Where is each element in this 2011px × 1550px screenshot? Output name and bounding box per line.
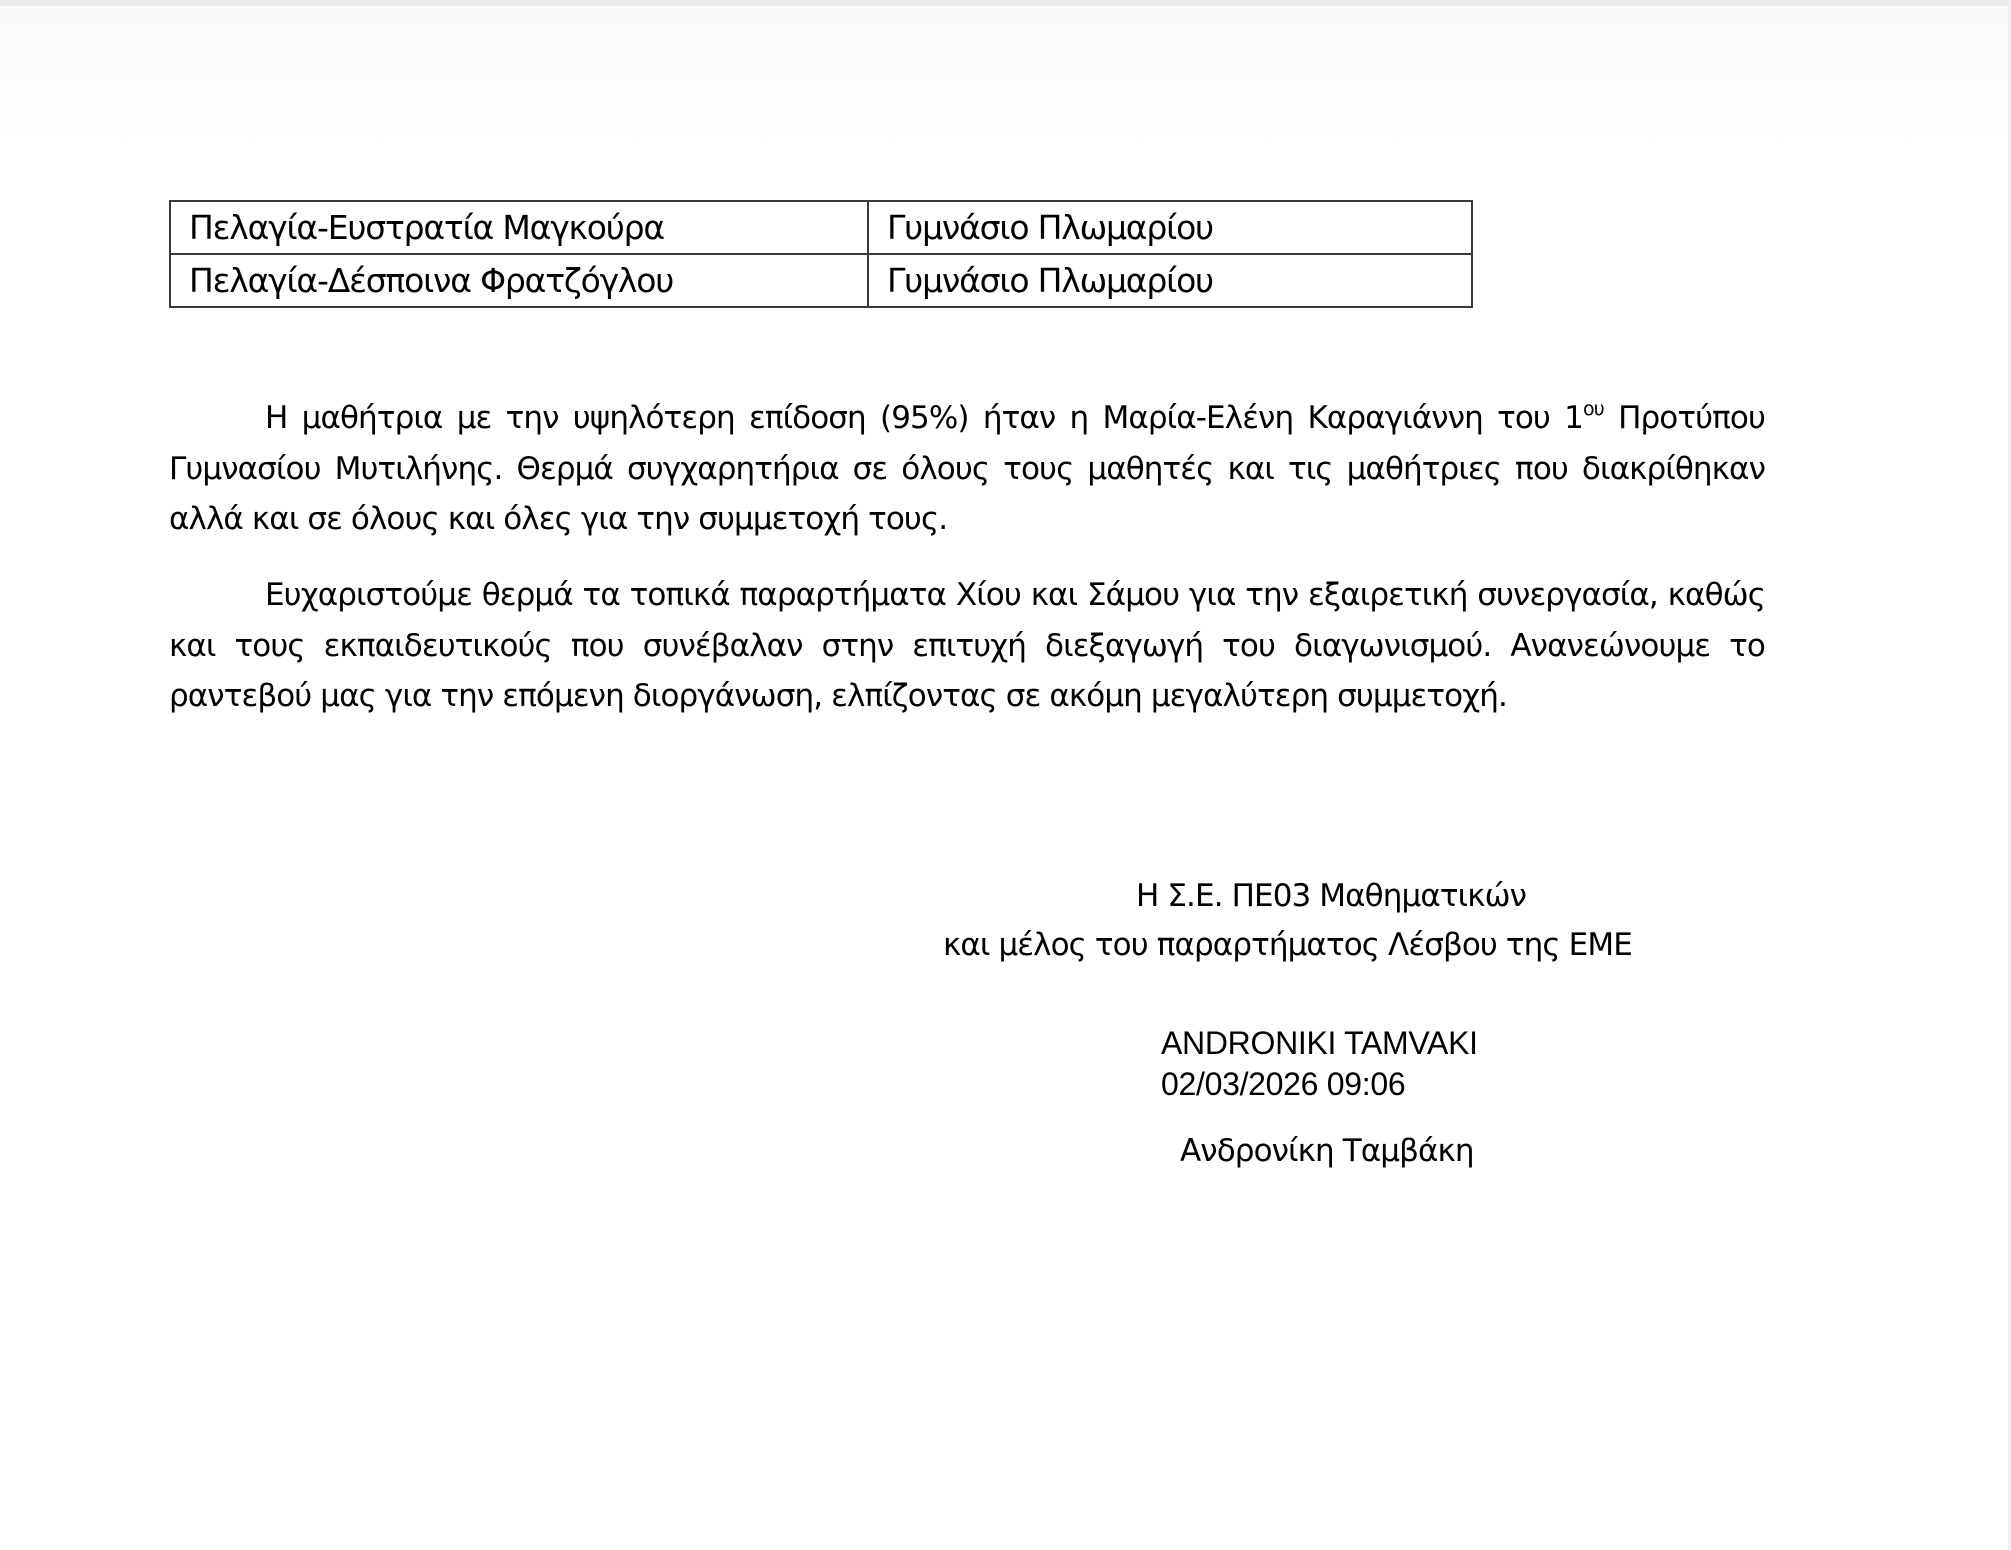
digital-signature-name: ANDRONIKI TAMVAKI <box>1161 1025 1478 1062</box>
student-name-cell: Πελαγία-Ευστρατία Μαγκούρα <box>170 201 868 254</box>
student-name-cell: Πελαγία-Δέσποινα Φρατζόγλου <box>170 254 868 307</box>
signature-subtitle: και μέλος του παραρτήματος Λέσβου της ΕΜ… <box>943 927 1632 963</box>
thanks-paragraph: Ευχαριστούμε θερμά τα τοπικά παραρτήματα… <box>169 570 1765 722</box>
school-cell: Γυμνάσιο Πλωμαρίου <box>868 201 1472 254</box>
distinguished-students-table: Πελαγία-Ευστρατία Μαγκούρα Γυμνάσιο Πλωμ… <box>169 200 1473 308</box>
digital-signature-datetime: 02/03/2026 09:06 <box>1161 1066 1405 1103</box>
table-row: Πελαγία-Δέσποινα Φρατζόγλου Γυμνάσιο Πλω… <box>170 254 1472 307</box>
ordinal-superscript: ου <box>1583 398 1604 420</box>
signature-title: Η Σ.Ε. ΠΕ03 Μαθηματικών <box>1136 878 1526 914</box>
paragraph-text: Η μαθήτρια με την υψηλότερη επίδοση (95%… <box>265 400 1583 436</box>
signer-name: Ανδρονίκη Ταμβάκη <box>1180 1133 1474 1169</box>
top-performer-paragraph: Η μαθήτρια με την υψηλότερη επίδοση (95%… <box>169 393 1765 545</box>
table-row: Πελαγία-Ευστρατία Μαγκούρα Γυμνάσιο Πλωμ… <box>170 201 1472 254</box>
page-top-shading <box>0 6 2011 146</box>
school-cell: Γυμνάσιο Πλωμαρίου <box>868 254 1472 307</box>
